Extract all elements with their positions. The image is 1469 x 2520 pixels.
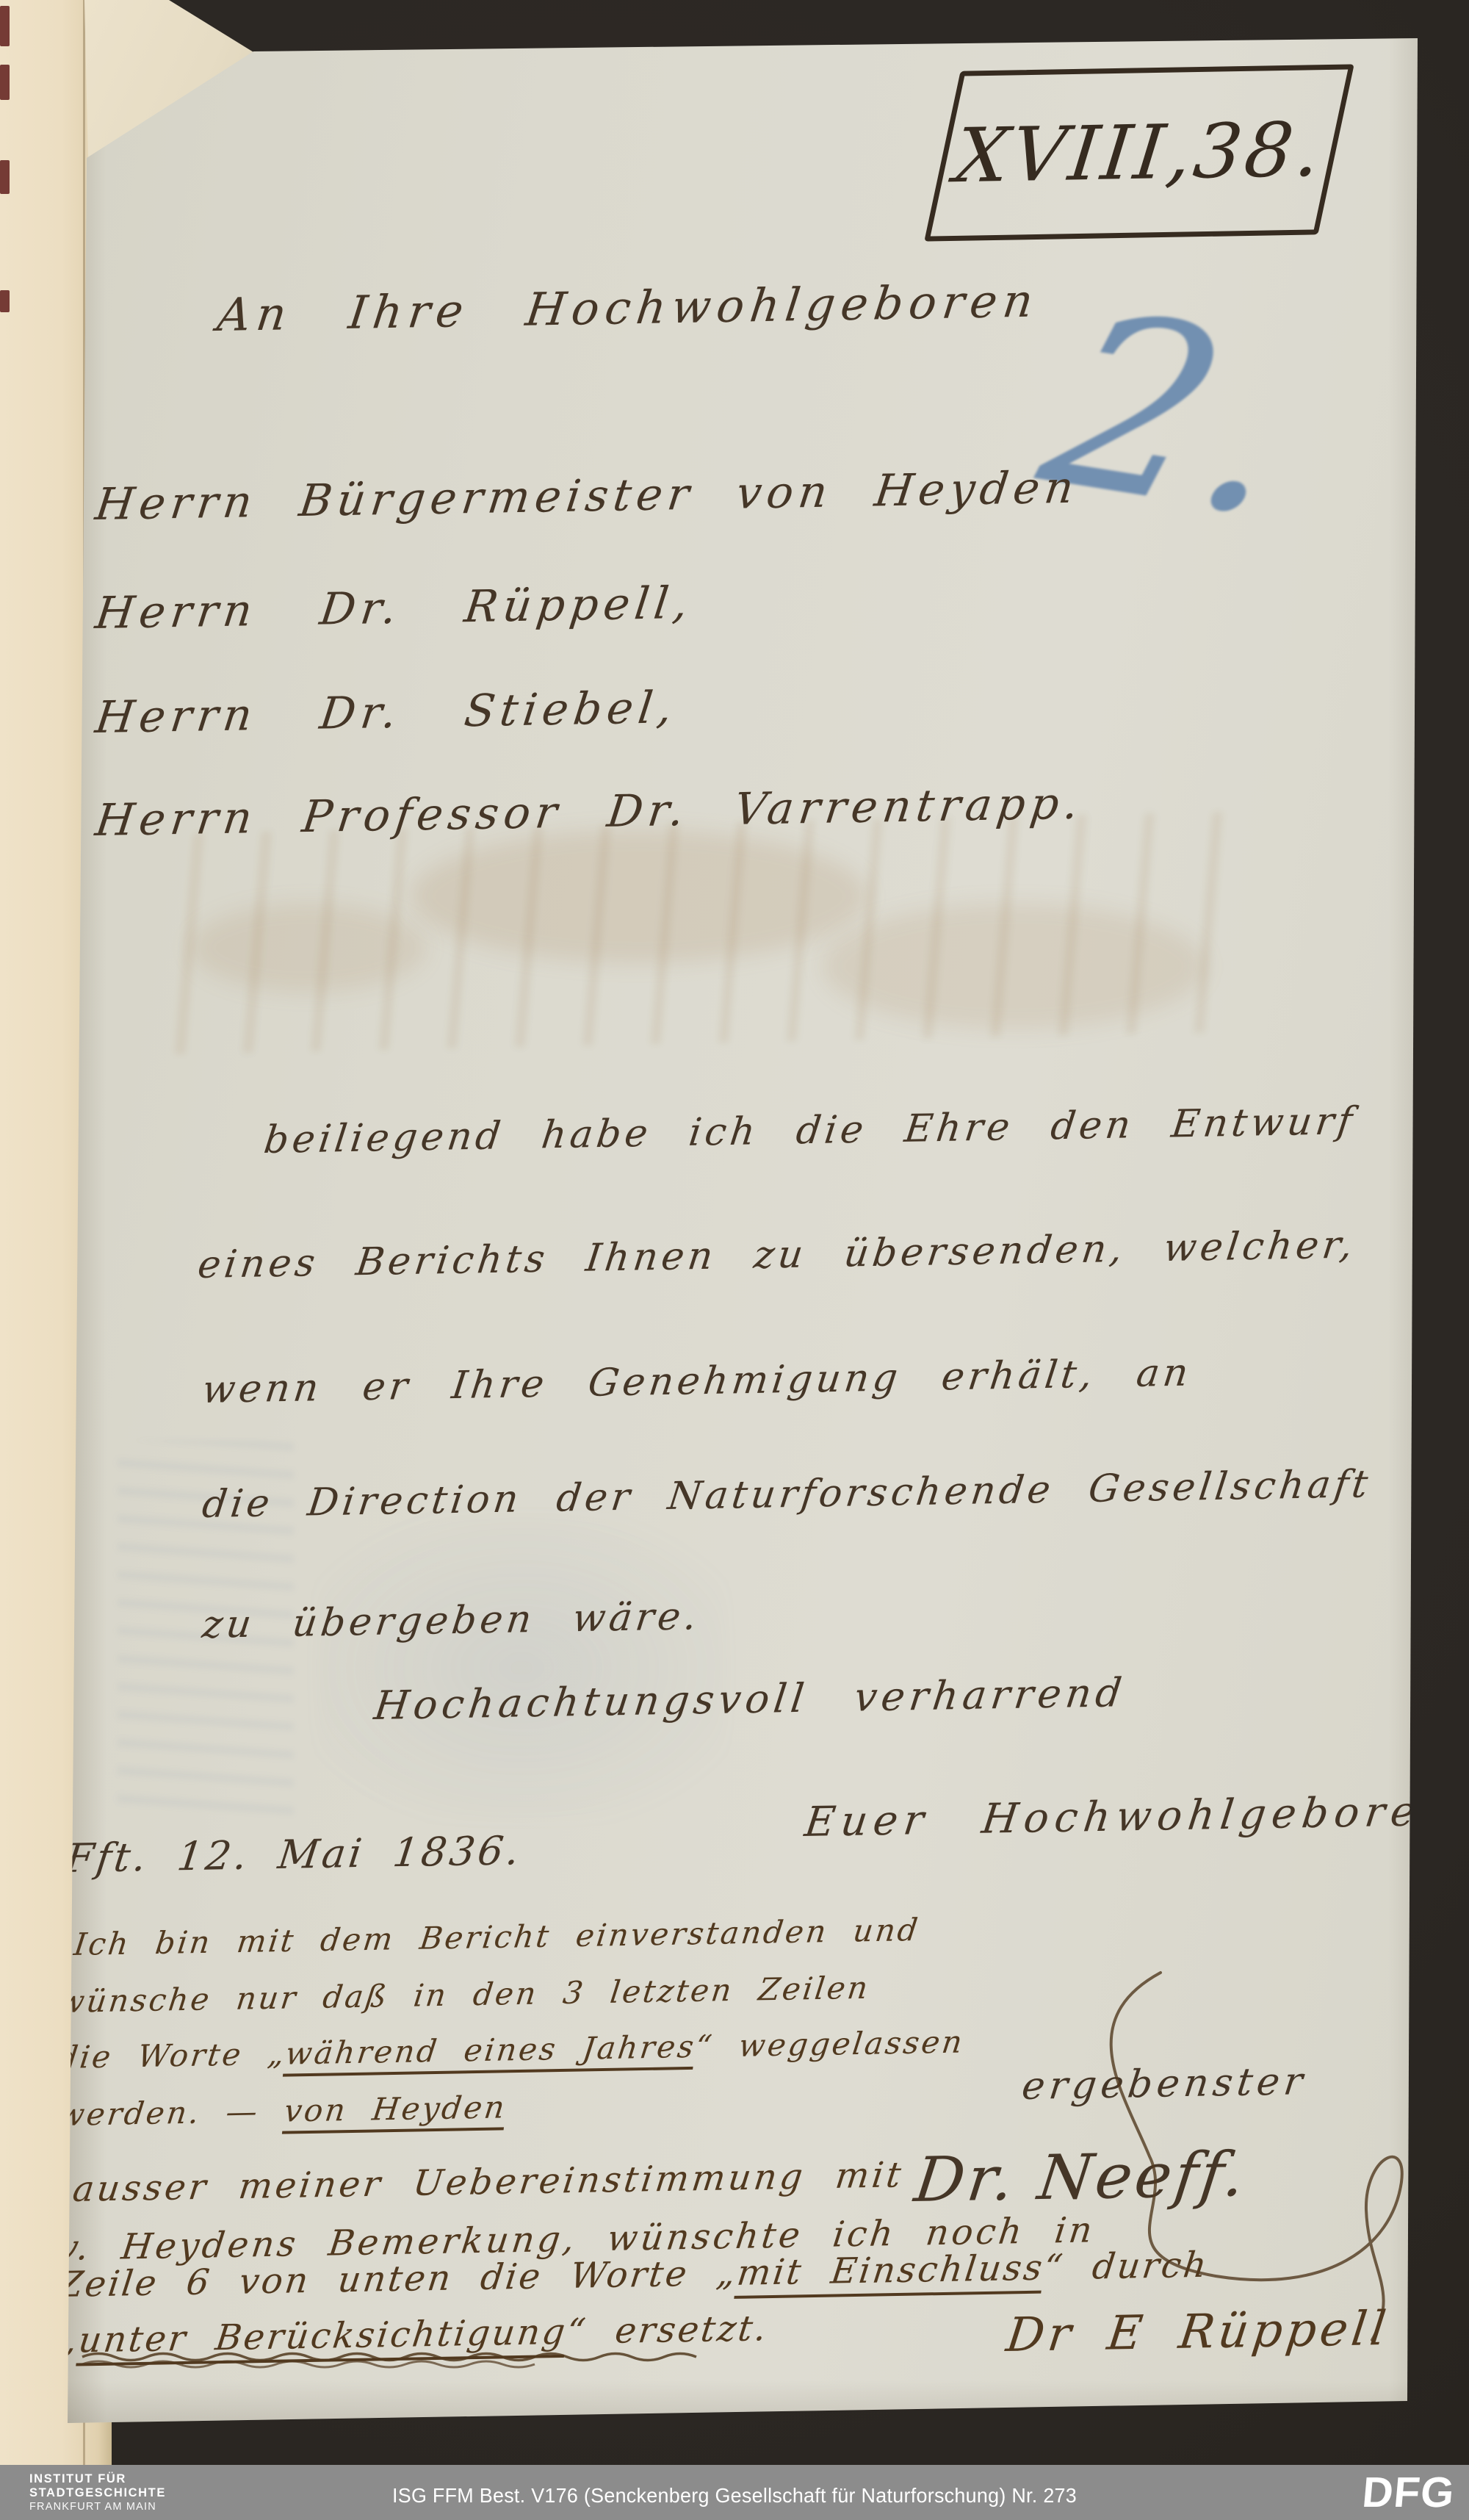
wavy-underline [79, 2350, 726, 2372]
paper-stain [411, 830, 867, 962]
binding-mark [0, 160, 10, 194]
note-heyden-line: Ich bin mit dem Bericht einverstanden un… [72, 1912, 922, 1962]
binding-mark [0, 6, 10, 46]
letter-body-line: eines Berichts Ihnen zu übersenden, welc… [195, 1223, 1359, 1287]
note-rueppell-text: “ ersetzt. [564, 2308, 770, 2352]
note-heyden-line: wünsche nur daß in den 3 letzten Zeilen [56, 1970, 872, 2020]
note-heyden-signature: von Heyden [282, 2089, 509, 2134]
pen-flourish [808, 1940, 1440, 2351]
letter-body-line: die Direction der Naturforschende Gesell… [200, 1462, 1374, 1527]
letter-recipient: Herrn Dr. Stiebel, [93, 682, 680, 744]
letter-salutation: An Ihre Hochwohlgeboren [214, 274, 1042, 342]
note-heyden-text: werden. — [56, 2093, 286, 2133]
letter-date: Fft. 12. Mai 1836. [63, 1827, 524, 1882]
binding-mark [0, 290, 10, 312]
archive-caption: ISG FFM Best. V176 (Senckenberg Gesellsc… [29, 2484, 1440, 2508]
document-scan: XVIII,38. 2. An Ihre Hochwohlgeboren Her… [0, 0, 1469, 2520]
archive-label-box: XVIII,38. [924, 64, 1354, 241]
paper-stain [191, 904, 426, 992]
binding-mark [0, 65, 10, 100]
archive-label: XVIII,38. [951, 106, 1328, 199]
letter-body-line: zu übergeben wäre. [200, 1594, 703, 1647]
note-heyden-line: werden. — von Heyden [56, 2089, 509, 2133]
note-rueppell-line: ausser meiner Uebereinstimmung mit [71, 2154, 906, 2210]
letter-body-line: beiliegend habe ich die Ehre den Entwurf [261, 1099, 1358, 1162]
letter-recipient: Herrn Dr. Rüppell, [93, 577, 696, 639]
dfg-logo: DFG [1360, 2468, 1457, 2517]
letter-recipient: Herrn Bürgermeister von Heyden [93, 462, 1081, 530]
note-heyden-underlined-phrase: während eines Jahres [283, 2028, 698, 2077]
note-heyden-text: die Worte „ [56, 2036, 288, 2076]
caption-bar: INSTITUT FÜR STADTGESCHICHTE FRANKFURT A… [0, 2465, 1469, 2520]
letter-valediction: Euer Hochwohlgeboren [802, 1788, 1457, 1846]
letter-body-line: wenn er Ihre Genehmigung erhält, an [200, 1351, 1194, 1412]
letter-page: XVIII,38. 2. An Ihre Hochwohlgeboren Her… [0, 0, 1469, 2520]
faint-show-through [316, 1513, 727, 1822]
paper-stain [823, 904, 1205, 1029]
